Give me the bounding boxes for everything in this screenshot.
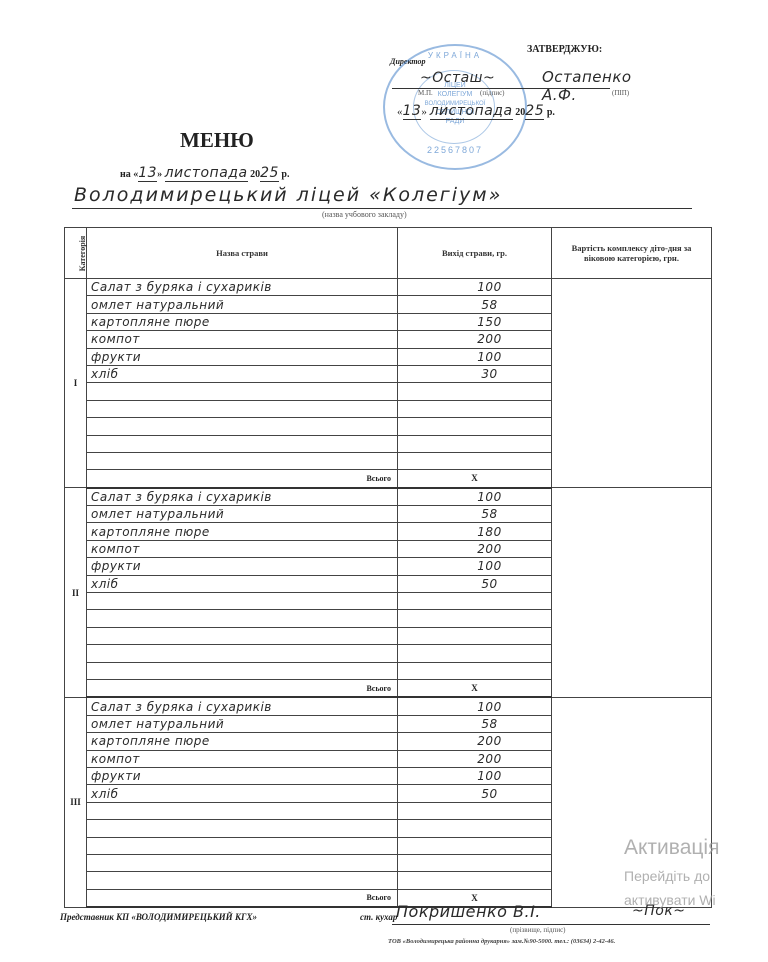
dish-cell [87,627,398,644]
dish-cell: хліб [87,365,398,382]
qty-cell: 100 [398,697,552,715]
menu-date-month: листопада [165,165,248,182]
dish-cell [87,802,398,819]
dish-cell: компот [87,331,398,348]
total-value: X [398,679,552,697]
watermark-title: Активація [624,836,719,860]
dish-cell: фрукти [87,558,398,575]
col-header-category: Категорія [65,228,87,279]
approval-label: ЗАТВЕРДЖУЮ: [527,44,602,55]
total-label: Всього [87,470,398,488]
qty-cell: 200 [398,733,552,750]
qty-cell [398,802,552,819]
qty-cell: 100 [398,767,552,784]
qty-cell [398,418,552,435]
qty-cell: 100 [398,488,552,506]
qty-cell: 100 [398,558,552,575]
qty-cell [398,645,552,662]
representative-label: Представник КП «ВОЛОДИМИРЕЦЬКИЙ КГХ» [60,912,257,922]
page-title: МЕНЮ [180,128,254,153]
dish-cell [87,452,398,469]
dish-cell [87,593,398,610]
dish-cell: омлет натуральний [87,506,398,523]
dish-cell: компот [87,750,398,767]
qty-cell [398,435,552,452]
dish-cell: картопляне пюре [87,733,398,750]
caption-name: (ПІП) [612,89,629,97]
qty-cell: 180 [398,523,552,540]
dish-cell [87,400,398,417]
dish-cell [87,435,398,452]
table-row: IСалат з буряка і сухариків100 [65,279,712,296]
caption-sign: (підпис) [480,89,505,97]
dish-cell: Салат з буряка і сухариків [87,697,398,715]
dish-cell [87,383,398,400]
caption-mp: М.П. [418,89,433,97]
qty-cell [398,837,552,854]
qty-cell: 50 [398,575,552,592]
menu-date-year: 25 [260,165,279,182]
category-cell: I [65,279,87,488]
dish-cell [87,645,398,662]
dish-cell: картопляне пюре [87,523,398,540]
qty-cell [398,593,552,610]
school-name: Володимирецький ліцей «Колегіум» [74,184,502,206]
dish-cell: омлет натуральний [87,296,398,313]
category-cell: III [65,697,87,907]
menu-table-body: IСалат з буряка і сухариків100омлет нату… [65,279,712,908]
cost-cell [552,488,712,698]
menu-date-mid: » [157,169,162,180]
school-name-line: Володимирецький ліцей «Колегіум» [72,186,692,209]
menu-date: на «13» листопада 2025 р. [120,165,289,181]
dish-cell [87,418,398,435]
dish-cell [87,854,398,871]
qty-cell: 100 [398,279,552,296]
qty-cell: 200 [398,750,552,767]
watermark-line-2: активувати Wi [624,892,716,908]
dish-cell: Салат з буряка і сухариків [87,279,398,296]
qty-cell [398,854,552,871]
col-header-dish: Назва страви [87,228,398,279]
cook-signature-line: Покришенко В.І. ~Пок~ [392,906,710,925]
approval-date: «13» листопада 2025 р. [397,103,555,119]
qty-cell [398,872,552,889]
printer-info: ТОВ «Володимирецька районна друкарня» за… [388,938,615,945]
menu-date-suffix: р. [281,169,289,180]
qty-cell: 58 [398,506,552,523]
director-signature: ~Осташ~ [420,70,495,86]
dish-cell: фрукти [87,767,398,784]
watermark-line-1: Перейдіть до [624,868,710,884]
school-caption: (назва учбового закладу) [322,210,407,219]
menu-date-day: 13 [138,165,157,182]
qty-cell: 30 [398,365,552,382]
cook-name: Покришенко В.І. [396,902,541,921]
qty-cell [398,820,552,837]
dish-cell: фрукти [87,348,398,365]
dish-cell: картопляне пюре [87,313,398,330]
menu-date-prefix: на « [120,169,138,180]
qty-cell [398,383,552,400]
approval-date-year-prefix: 20 [515,107,525,118]
total-label: Всього [87,889,398,907]
qty-cell [398,400,552,417]
dish-cell: хліб [87,785,398,802]
dish-cell [87,820,398,837]
dish-cell [87,872,398,889]
menu-date-year-prefix: 20 [250,169,260,180]
qty-cell: 50 [398,785,552,802]
qty-cell [398,662,552,679]
approval-date-suffix: р. [547,107,555,118]
stamp-code: 22567807 [385,146,525,154]
col-header-output: Вихід страви, гр. [398,228,552,279]
approval-date-day: 13 [403,103,422,120]
dish-cell [87,837,398,854]
qty-cell: 150 [398,313,552,330]
qty-cell [398,627,552,644]
menu-table: Категорія Назва страви Вихід страви, гр.… [64,227,712,908]
table-row: IIIСалат з буряка і сухариків100 [65,697,712,715]
dish-cell [87,662,398,679]
cost-cell [552,279,712,488]
qty-cell [398,452,552,469]
total-value: X [398,470,552,488]
stamp-top-text: УКРАЇНА [385,52,525,60]
director-name: Остапенко А.Ф. [542,68,632,104]
qty-cell: 200 [398,331,552,348]
approval-date-month: листопада [430,103,513,120]
col-header-cost: Вартість комплексу діто-дня за віковою к… [552,228,712,279]
director-signature-line: ~Осташ~ Остапенко А.Ф. [392,72,610,89]
dish-cell: омлет натуральний [87,715,398,732]
qty-cell: 58 [398,715,552,732]
qty-cell: 58 [398,296,552,313]
dish-cell: Салат з буряка і сухариків [87,488,398,506]
table-row: IIСалат з буряка і сухариків100 [65,488,712,506]
category-cell: II [65,488,87,698]
dish-cell: компот [87,540,398,557]
qty-cell: 200 [398,540,552,557]
dish-cell: хліб [87,575,398,592]
qty-cell [398,610,552,627]
total-label: Всього [87,679,398,697]
approval-date-year: 25 [525,103,544,120]
dish-cell [87,610,398,627]
qty-cell: 100 [398,348,552,365]
table-header-row: Категорія Назва страви Вихід страви, гр.… [65,228,712,279]
cook-caption: (прізвище, підпис) [510,926,566,934]
